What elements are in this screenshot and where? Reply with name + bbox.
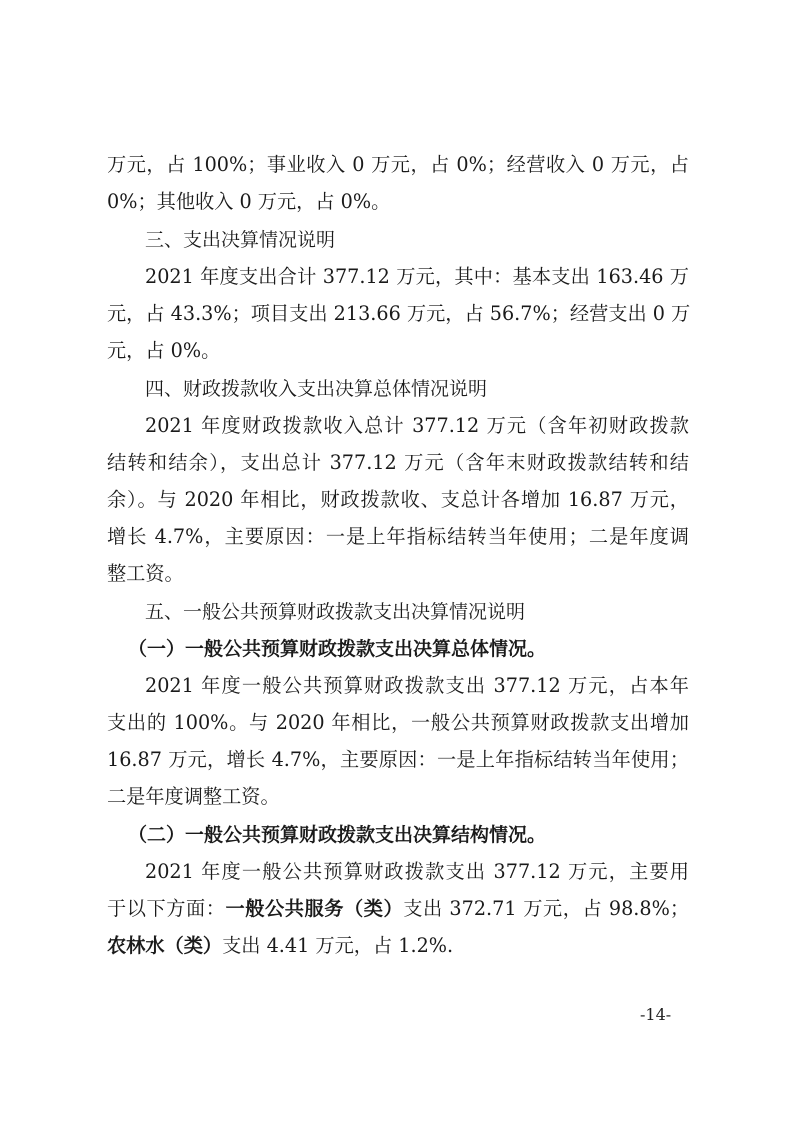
page-number: -14- xyxy=(640,1005,671,1024)
body-text-line: 整工资。 xyxy=(107,556,689,592)
document-page: 万元，占 100%；事业收入 0 万元，占 0%；经营收入 0 万元，占 0%；… xyxy=(0,0,793,1122)
body-text-line: 2021 年度一般公共预算财政拨款支出 377.12 万元，占本年 xyxy=(145,668,689,704)
body-text-line: 二是年度调整工资。 xyxy=(107,779,689,815)
body-text-line: 于以下方面：一般公共服务（类）支出 372.71 万元，占 98.8%； xyxy=(107,891,689,927)
text-segment: 支出 372.71 万元，占 98.8%； xyxy=(403,897,689,920)
body-text-line: 元，占 0%。 xyxy=(107,333,689,369)
body-text-line: 余）。与 2020 年相比，财政拨款收、支总计各增加 16.87 万元， xyxy=(107,482,689,518)
body-text-line: 农林水（类）支出 4.41 万元，占 1.2%. xyxy=(107,928,689,964)
body-text-line: 增长 4.7%，主要原因：一是上年指标结转当年使用；二是年度调 xyxy=(107,519,689,555)
body-text-line: 2021 年度一般公共预算财政拨款支出 377.12 万元，主要用 xyxy=(145,854,689,890)
subsection-heading-1: （一）一般公共预算财政拨款支出决算总体情况。 xyxy=(128,631,689,667)
category-general-public-services: 一般公共服务（类） xyxy=(226,897,404,920)
body-text-line: 16.87 万元，增长 4.7%，主要原因：一是上年指标结转当年使用； xyxy=(107,742,689,778)
section-heading-3: 三、支出决算情况说明 xyxy=(145,222,689,258)
body-text-line: 结转和结余），支出总计 377.12 万元（含年末财政拨款结转和结 xyxy=(107,445,689,481)
section-heading-4: 四、财政拨款收入支出决算总体情况说明 xyxy=(145,371,689,407)
body-text-line: 支出的 100%。与 2020 年相比，一般公共预算财政拨款支出增加 xyxy=(107,705,689,741)
subsection-heading-2: （二）一般公共预算财政拨款支出决算结构情况。 xyxy=(128,817,689,853)
body-text-line: 0%；其他收入 0 万元，占 0%。 xyxy=(107,184,689,220)
body-text-line: 2021 年度财政拨款收入总计 377.12 万元（含年初财政拨款 xyxy=(145,408,689,444)
section-heading-5: 五、一般公共预算财政拨款支出决算情况说明 xyxy=(145,594,689,630)
body-text-line: 万元，占 100%；事业收入 0 万元，占 0%；经营收入 0 万元，占 xyxy=(107,147,689,183)
body-text-line: 2021 年度支出合计 377.12 万元，其中：基本支出 163.46 万 xyxy=(145,259,689,295)
text-segment: 于以下方面： xyxy=(107,897,226,920)
text-segment: 支出 4.41 万元，占 1.2%. xyxy=(222,934,453,957)
category-agriculture-forestry-water: 农林水（类） xyxy=(107,934,222,957)
body-text-line: 元，占 43.3%；项目支出 213.66 万元，占 56.7%；经营支出 0 … xyxy=(107,296,689,332)
